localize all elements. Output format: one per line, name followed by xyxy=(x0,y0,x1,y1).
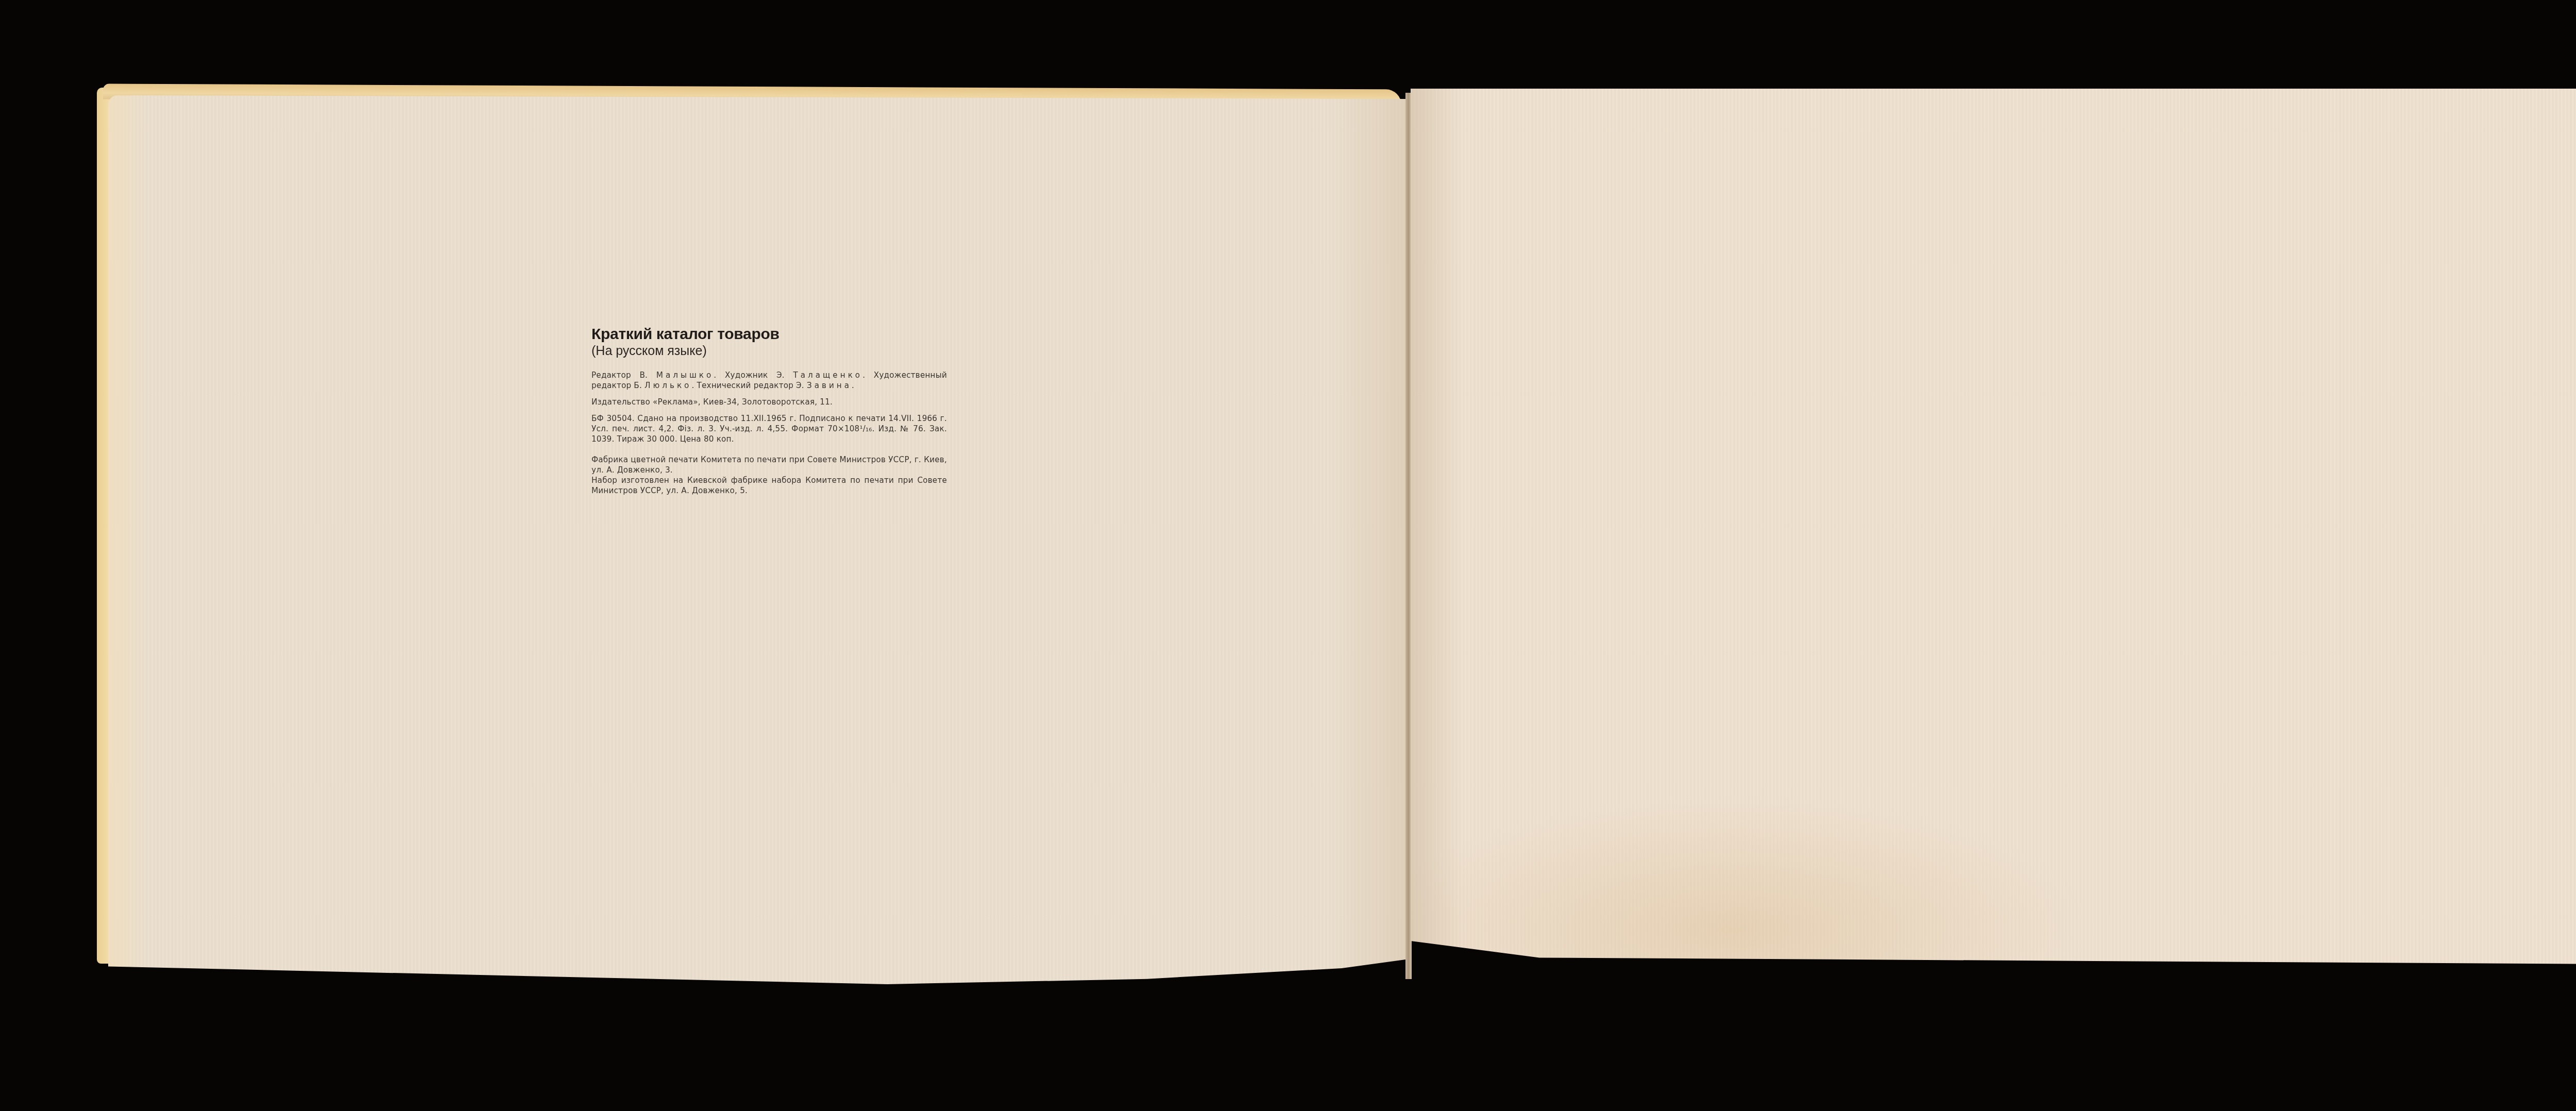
language-note: (На русском языке) xyxy=(591,343,947,359)
printer-info: Фабрика цветной печати Комитета по печат… xyxy=(591,454,947,475)
editor-name: Малышко xyxy=(656,371,714,380)
right-page xyxy=(1411,89,2576,965)
tech-editor-name: Завина xyxy=(807,381,852,390)
credits-end: . xyxy=(852,381,854,390)
imprint-block: Краткий каталог товаров (На русском язык… xyxy=(591,326,947,496)
book-spread: Краткий каталог товаров (На русском язык… xyxy=(0,0,2576,1111)
tech-editor-label: . Технический редактор Э. xyxy=(691,381,804,390)
catalog-title: Краткий каталог товаров xyxy=(591,326,947,343)
publisher-line: Издательство «Реклама», Киев-34, Золотов… xyxy=(591,397,947,407)
typesetter-info: Набор изготовлен на Киевской фабрике наб… xyxy=(591,475,947,496)
art-editor-name: Люлько xyxy=(645,381,691,390)
left-page: Краткий каталог товаров (На русском язык… xyxy=(108,95,1406,984)
credits-paragraph: Редактор В. Малышко. Художник Э. Талащен… xyxy=(591,370,947,391)
editor-label: Редактор В. xyxy=(591,371,648,380)
artist-label: . Художник Э. xyxy=(714,371,785,380)
artist-name: Талащенко xyxy=(793,371,862,380)
print-details: БФ 30504. Сдано на производство 11.XII.1… xyxy=(591,413,947,444)
